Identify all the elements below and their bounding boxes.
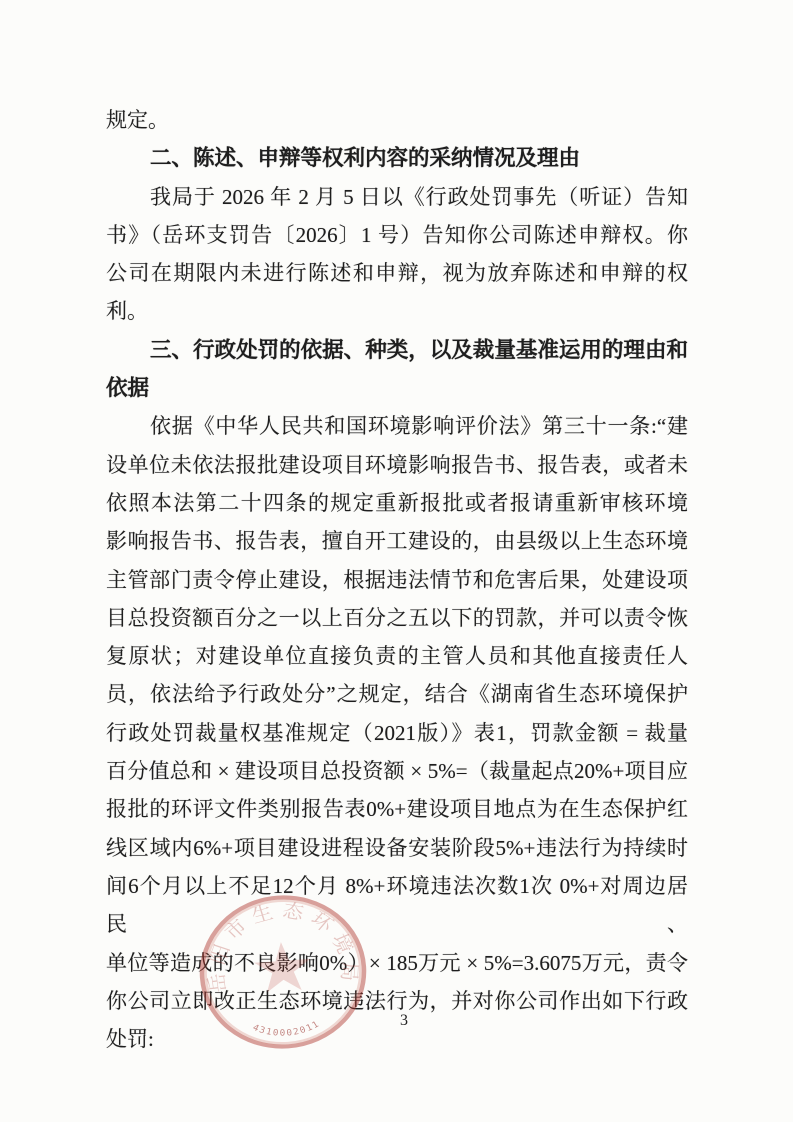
doc-line: 我局于 2026 年 2 月 5 日以《行政处罚事先（听证）告知 — [106, 178, 688, 216]
document-page: 规定。 二、陈述、申辩等权利内容的采纳情况及理由 我局于 2026 年 2 月 … — [0, 0, 793, 1122]
doc-line: 公司在期限内未进行陈述和申辩，视为放弃陈述和申辩的权 — [106, 254, 688, 292]
doc-line: 报批的环评文件类别报告表0%+建设项目地点为在生态保护红 — [106, 790, 688, 828]
doc-line: 员，依法给予行政处分”之规定，结合《湖南省生态环境保护 — [106, 675, 688, 713]
doc-line: 目总投资额百分之一以上百分之五以下的罚款，并可以责令恢 — [106, 599, 688, 637]
doc-line: 依照本法第二十四条的规定重新报批或者报请重新审核环境 — [106, 484, 688, 522]
doc-line: 百分值总和 × 建设项目总投资额 × 5%=（裁量起点20%+项目应 — [106, 752, 688, 790]
doc-line: 线区域内6%+项目建设进程设备安装阶段5%+违法行为持续时 — [106, 829, 688, 867]
section-heading-3-cont: 依据 — [106, 369, 688, 407]
doc-line: 书》（岳环支罚告〔2026〕1 号）告知你公司陈述申辩权。你 — [106, 216, 688, 254]
doc-line: 依据《中华人民共和国环境影响评价法》第三十一条:“建 — [106, 407, 688, 445]
doc-line: 间6个月以上不足12个月 8%+环境违法次数1次 0%+对周边居民、 — [106, 867, 688, 944]
document-body: 规定。 二、陈述、申辩等权利内容的采纳情况及理由 我局于 2026 年 2 月 … — [106, 101, 688, 1058]
doc-line: 设单位未依法报批建设项目环境影响报告书、报告表，或者未 — [106, 446, 688, 484]
doc-line: 复原状；对建设单位直接负责的主管人员和其他直接责任人 — [106, 637, 688, 675]
doc-line: 影响报告书、报告表，擅自开工建设的，由县级以上生态环境 — [106, 522, 688, 560]
doc-line: 规定。 — [106, 101, 688, 139]
doc-line: 利。 — [106, 292, 688, 330]
doc-line: 主管部门责令停止建设，根据违法情节和危害后果，处建设项 — [106, 561, 688, 599]
section-heading-2: 二、陈述、申辩等权利内容的采纳情况及理由 — [106, 139, 688, 177]
doc-line: 单位等造成的不良影响0%）× 185万元 × 5%=3.6075万元，责令 — [106, 944, 688, 982]
doc-line: 行政处罚裁量权基准规定（2021版）》表1，罚款金额 = 裁量 — [106, 714, 688, 752]
section-heading-3: 三、行政处罚的依据、种类，以及裁量基准运用的理由和 — [106, 331, 688, 369]
page-number: 3 — [390, 1012, 418, 1030]
